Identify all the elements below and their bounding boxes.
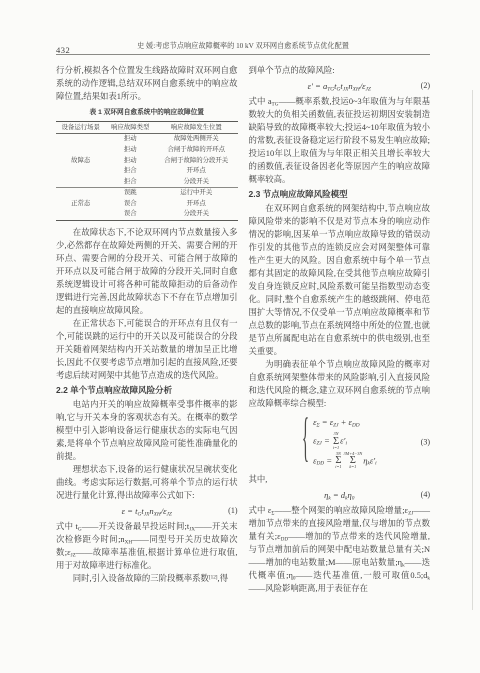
equation-2: ε′ = aTGtGtJXnXH/εJZ (2) [249,80,431,92]
equation-1-number: (1) [228,505,237,517]
table-header-location: 响应故障发生位置 [155,122,238,134]
table-cell-type: 拒动 [106,145,156,156]
paragraph-eq1-where: 式中 tG——开关设备最早投运时间;tJX——开关末次检修距今时间;nXH——同… [56,520,238,572]
equation-3-number: (3) [421,436,430,449]
equation-3: { εΣ = εZJ + εDD εZJ = 3NΣi=1ε′i εDD = 3… [249,414,431,470]
section-heading-2-2: 2.2 单个节点响应故障风险分析 [56,383,238,397]
table-cell-type: 误跳 [106,188,156,199]
paper-page: 432 史 媛:考虑节点响应故障概率的 10 kV 双环网自愈系统节点优化配置 … [0,0,480,673]
page-header: 432 史 媛:考虑节点响应故障概率的 10 kV 双环网自愈系统节点优化配置 [56,40,430,55]
table-1-caption: 表 1 双环网自愈系统中的响应故障位置 [56,108,238,117]
table-cell-type: 拒合 [106,166,156,177]
table-cell-location: 开环点 [155,199,238,210]
equation-4-number: (4) [421,489,430,501]
table-cell-type: 拒动 [106,155,156,166]
table-row: 故障态 拒动 故障处两侧开关 [56,134,238,145]
table-cell-location: 合闸于故障的开环点 [155,145,238,156]
paragraph-probability-2: 理想状态下,设备的运行健康状况呈碗状变化曲线。考虑实际运行数据,可将单个节点的运… [56,463,238,502]
paragraph-risk-concepts: 为明确表征单个节点响应故障风险的概率对自愈系统网架整体带来的风险影响,引入直接风… [249,358,431,410]
right-column: 到单个节点的故障风险: ε′ = aTGtGtJXnXH/εJZ (2) 式中 … [249,64,431,595]
equation-1: ε = tGtJXnXH/εJZ (1) [56,505,238,517]
equation-3-lines: εΣ = εZJ + εDD εZJ = 3NΣi=1ε′i εDD = 3NΣ… [313,414,377,470]
paragraph-normal-state: 在正常状态下,可能误合的开环点有且仅有一个,可能误跳的运行中的开关以及可能误合的… [56,317,238,382]
equation-2-body: ε′ = aTGtGtJXnXH/εJZ [308,81,371,91]
table-header-type: 响应故障类型 [106,122,156,134]
table-header-row: 设备运行场景 响应故障类型 响应故障发生位置 [56,122,238,134]
equation-4-body: ηk = dkη0 [324,490,354,500]
equation-3-line-2: εZJ = 3NΣi=1ε′i [313,432,377,451]
equation-4: ηk = dkη0 (4) [249,489,431,501]
table-cell-location: 故障处两侧开关 [155,134,238,145]
section-heading-2-3: 2.3 节点响应故障风险模型 [249,187,431,201]
table-cell-location: 分段开关 [155,177,238,188]
table-row: 正常态 误跳 运行中开关 [56,188,238,199]
left-column: 行分析,模拟各个位置发生线路故障时双环网自愈系统的动作逻辑,总结双环网自愈系统中… [56,64,238,595]
paragraph-among: 其中, [249,473,431,486]
table-cell-type: 误合 [106,209,156,220]
table-1: 设备运行场景 响应故障类型 响应故障发生位置 故障态 拒动 故障处两侧开关 拒动… [56,121,238,221]
two-column-body: 行分析,模拟各个位置发生线路故障时双环网自愈系统的动作逻辑,总结双环网自愈系统中… [56,64,430,595]
table-cell-type: 拒合 [106,177,156,188]
table-cell-location: 分段开关 [155,209,238,220]
table-cell-type: 误合 [106,199,156,210]
paragraph-intro: 行分析,模拟各个位置发生线路故障时双环网自愈系统的动作逻辑,总结双环网自愈系统中… [56,64,238,103]
paragraph-fault-state: 在故障状态下,不论双环网内节点数量接入多少,必然都存在故障处两侧的开关、需要合闸… [56,226,238,317]
table-cell-location: 运行中开关 [155,188,238,199]
equation-3-line-1: εΣ = εZJ + εDD [313,414,377,431]
paragraph-probability-1: 电站内开关的响应故障概率受事件概率的影响,它与开关本身的客观状态有关。在概率的数… [56,398,238,463]
paragraph-lead: 到单个节点的故障风险: [249,64,431,77]
table-cell-location: 合闸于故障的分段开关 [155,155,238,166]
table-cell-scene: 故障态 [56,134,106,188]
system-brace: { [302,419,309,466]
paragraph-three-stage: 同时,引入设备故障的三阶段概率系数[12],得 [56,572,238,585]
table-cell-type: 拒动 [106,134,156,145]
running-title: 史 媛:考虑节点响应故障概率的 10 kV 双环网自愈系统节点优化配置 [137,41,349,51]
page-number: 432 [56,45,70,55]
table-cell-scene: 正常态 [56,188,106,221]
equation-2-number: (2) [421,80,430,92]
equation-1-body: ε = tGtJXnXH/εJZ [122,506,172,516]
equation-3-line-3: εDD = 3NΣi=13M+4−3NΣk=1ηkε′i [313,452,377,471]
paragraph-eq2-where: 式中 aTG——概率系数,投运0~3年取值为与年限基数较大的负相关函数值,表征投… [249,95,431,186]
table-cell-location: 开环点 [155,166,238,177]
table-header-scene: 设备运行场景 [56,122,106,134]
paragraph-eq34-where: 式中 εΣ——整个网架的响应故障风险增量;εZJ——增加节点带来的直接风险增量,… [249,504,431,595]
paragraph-risk-model: 在双环网自愈系统的网架结构中,节点响应故障风险带来的影响不仅是对节点本身的响应动… [249,202,431,358]
